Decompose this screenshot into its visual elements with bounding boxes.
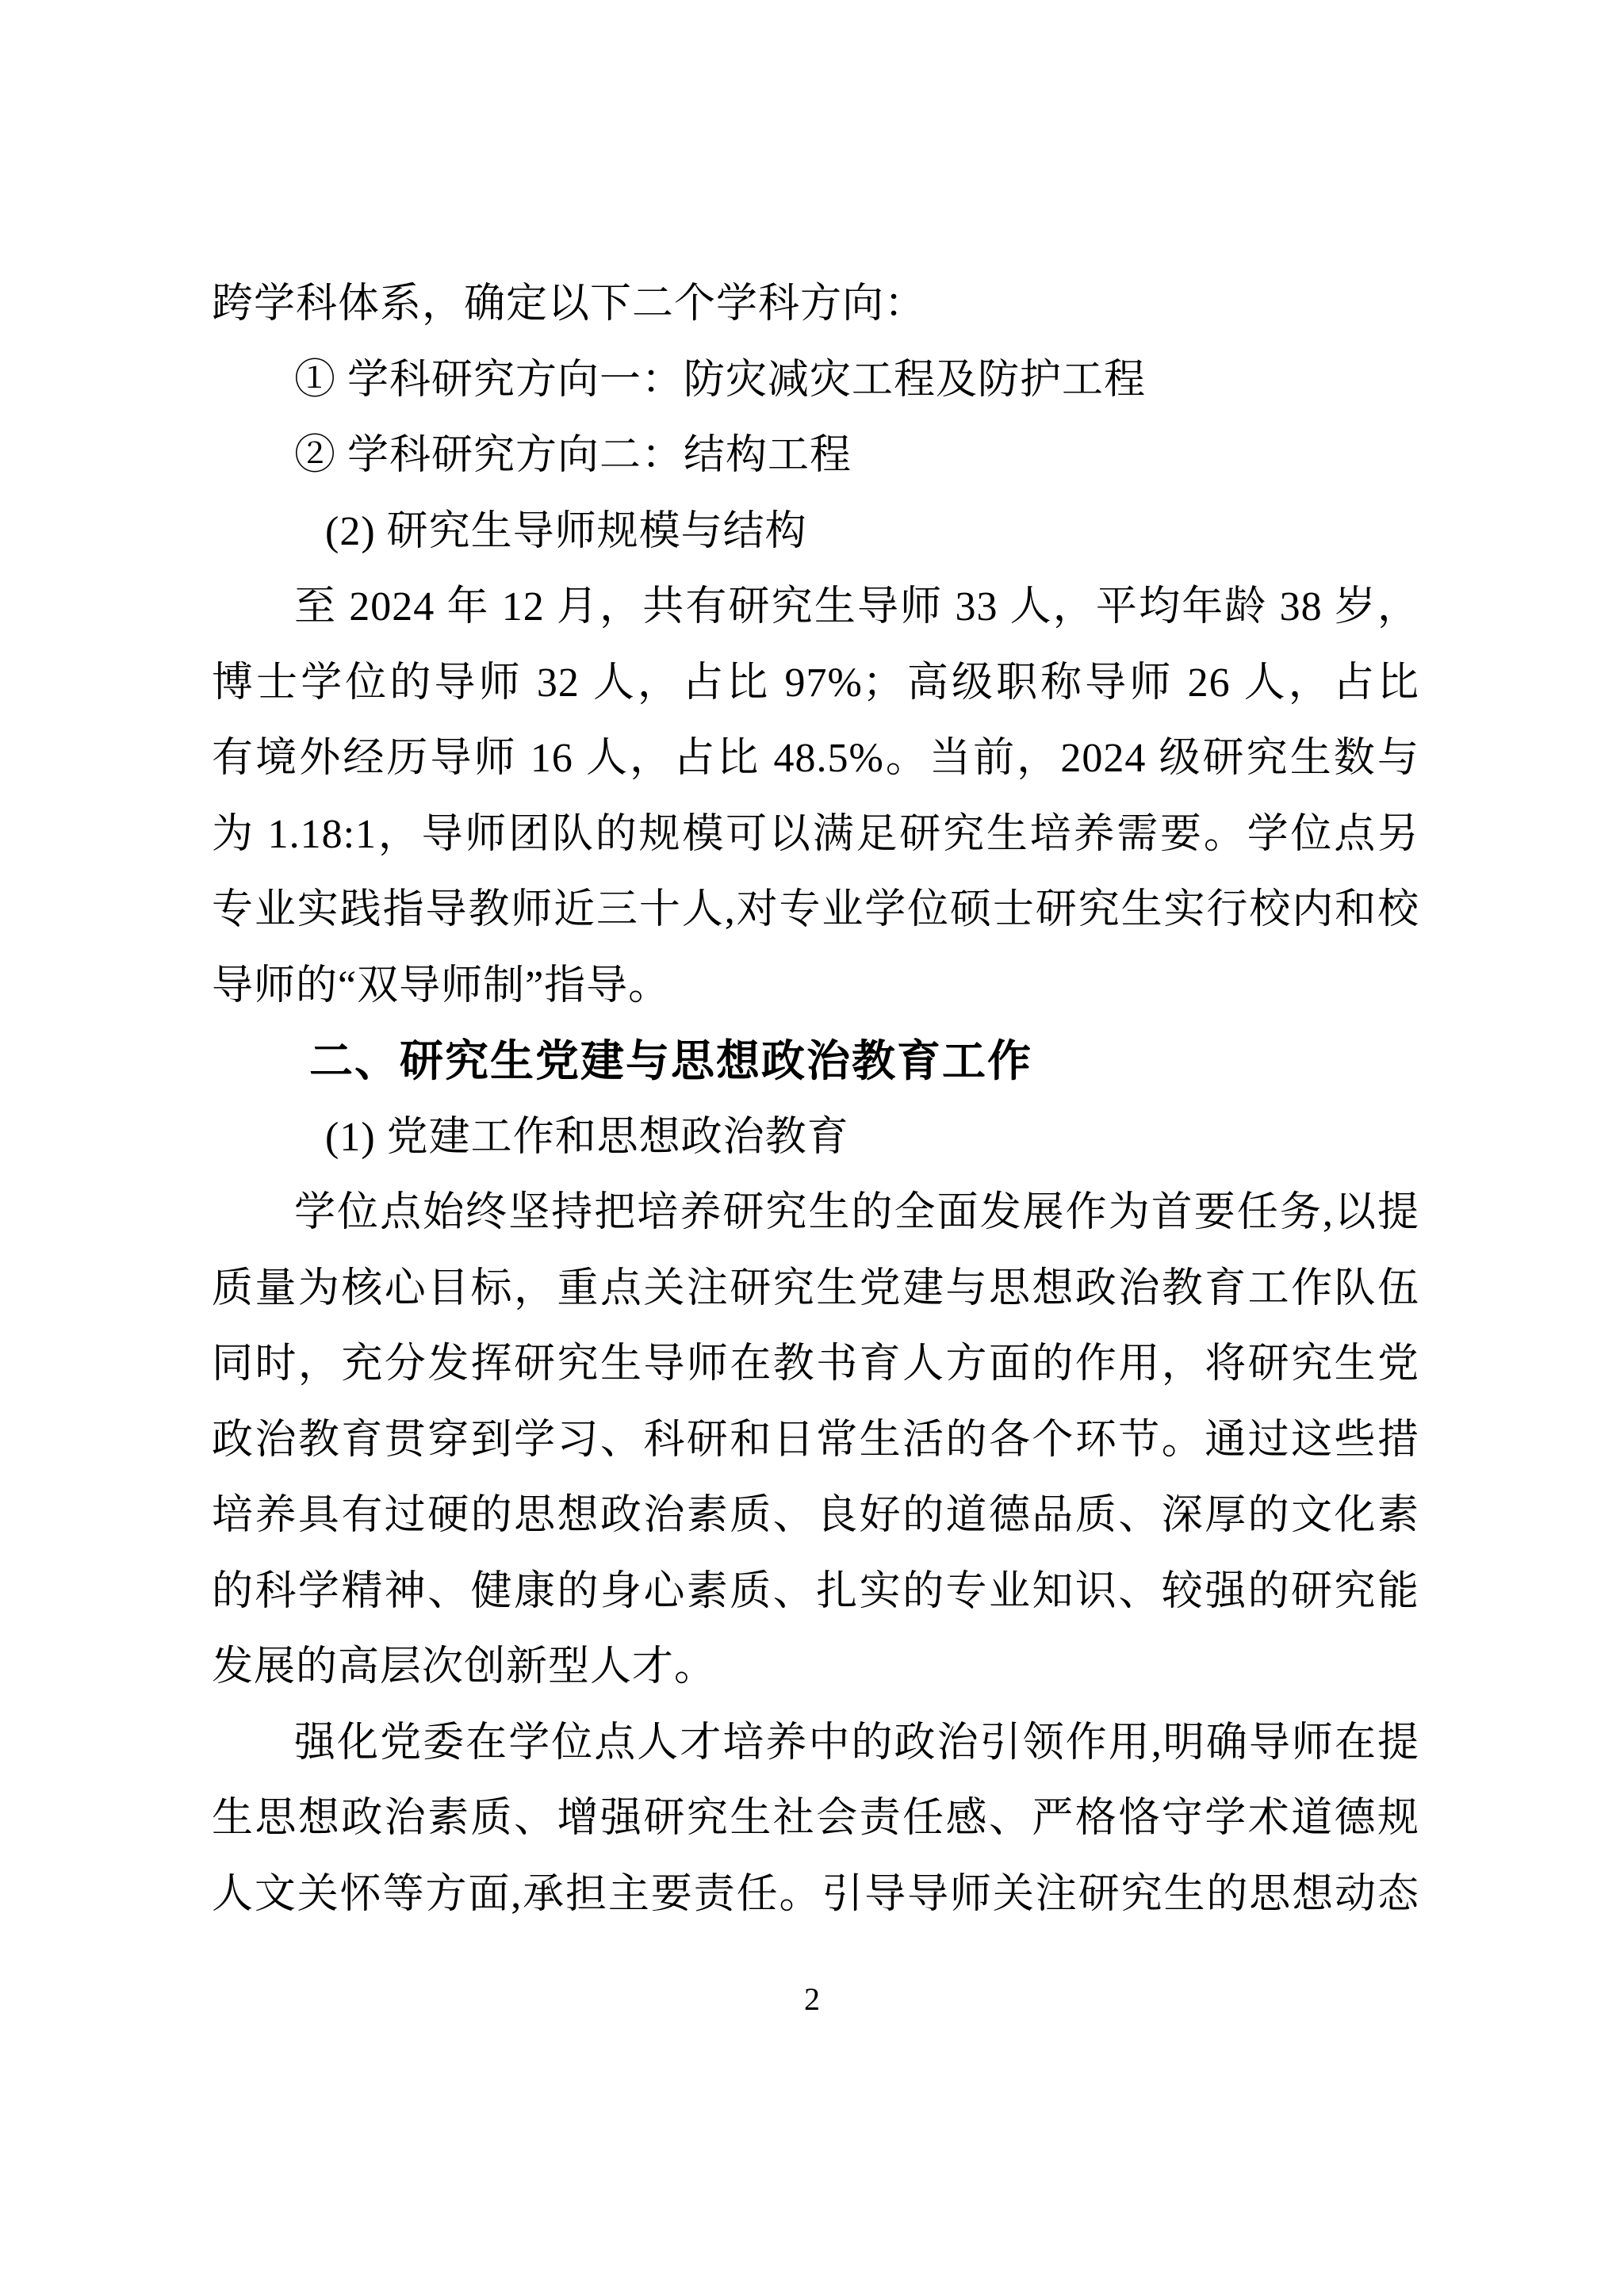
paragraph-line: 为 1.18:1，导师团队的规模可以满足研究生培养需要。学位点另聘有校外 — [212, 797, 1419, 873]
page-content: 跨学科体系，确定以下二个学科方向： ① 学科研究方向一：防灾减灾工程及防护工程 … — [212, 266, 1419, 1932]
list-item-direction-1: ① 学科研究方向一：防灾减灾工程及防护工程 — [212, 342, 1419, 419]
paragraph-line: 强化党委在学位点人才培养中的政治引领作用,明确导师在提升研究 — [212, 1705, 1419, 1781]
paragraph-line: 博士学位的导师 32 人，占比 97%；高级职称导师 26 人，占比 79%；具 — [212, 645, 1419, 721]
paragraph-line: 政治教育贯穿到学习、科研和日常生活的各个环节。通过这些措施，努力 — [212, 1402, 1419, 1479]
paragraph-line: 培养具有过硬的思想政治素质、良好的道德品质、深厚的文化素养、严谨 — [212, 1478, 1419, 1554]
paragraph-line: 人文关怀等方面,承担主要责任。引导导师关注研究生的思想动态和心理 — [212, 1857, 1419, 1933]
paragraph-line: 专业实践指导教师近三十人,对专业学位硕士研究生实行校内和校外实践 — [212, 872, 1419, 948]
paragraph-last-line: 发展的高层次创新型人才。 — [212, 1629, 1419, 1705]
subsection-heading-2: (2) 研究生导师规模与结构 — [212, 494, 1419, 570]
paragraph-line: 生思想政治素质、增强研究生社会责任感、严格恪守学术道德规范、注重 — [212, 1781, 1419, 1857]
section-heading: 二、研究生党建与思想政治教育工作 — [212, 1024, 1419, 1100]
paragraph-line: 至 2024 年 12 月，共有研究生导师 33 人，平均年龄 38 岁，其中具… — [212, 569, 1419, 645]
paragraph-line: 有境外经历导师 16 人，占比 48.5%。当前，2024 级研究生数与导师数比 — [212, 721, 1419, 797]
list-item-direction-2: ② 学科研究方向二：结构工程 — [212, 418, 1419, 494]
page-number: 2 — [0, 1976, 1624, 2023]
paragraph-line: 质量为核心目标，重点关注研究生党建与思想政治教育工作队伍的建设。 — [212, 1251, 1419, 1327]
paragraph-line: 同时，充分发挥研究生导师在教书育人方面的作用，将研究生党建与思想 — [212, 1326, 1419, 1402]
paragraph-line: 的科学精神、健康的身心素质、扎实的专业知识、较强的研究能力、全面 — [212, 1554, 1419, 1630]
paragraph-continuation-line: 跨学科体系，确定以下二个学科方向： — [212, 266, 1419, 342]
subsection-heading-1: (1) 党建工作和思想政治教育 — [212, 1100, 1419, 1176]
document-page: 跨学科体系，确定以下二个学科方向： ① 学科研究方向一：防灾减灾工程及防护工程 … — [0, 0, 1624, 2296]
paragraph-line: 学位点始终坚持把培养研究生的全面发展作为首要任务,以提高培养 — [212, 1175, 1419, 1251]
paragraph-last-line: 导师的“双导师制”指导。 — [212, 948, 1419, 1024]
